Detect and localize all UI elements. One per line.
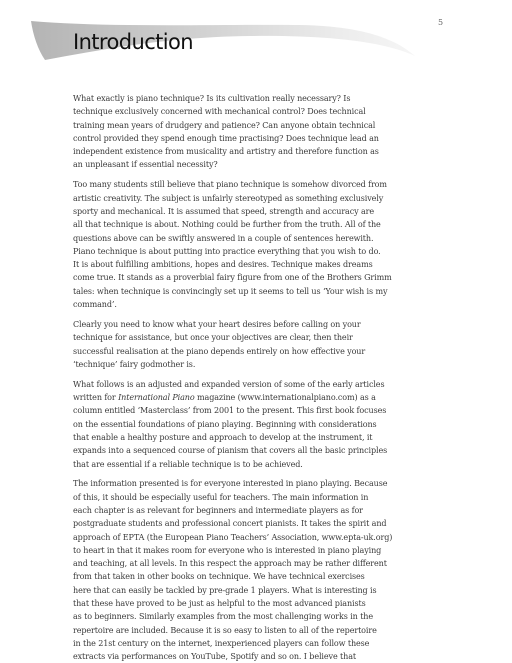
text-line: on the essential foundations of piano pl… — [73, 418, 399, 431]
text-line: Piano technique is about putting into pr… — [73, 245, 399, 258]
text-line: here that can easily be tackled by pre-g… — [73, 584, 399, 597]
text-line: written for International Piano magazine… — [73, 391, 399, 404]
body-text: What exactly is piano technique? Is its … — [73, 92, 399, 663]
text-line: an unpleasant if essential necessity? — [73, 158, 399, 171]
text-line: technique exclusively concerned with mec… — [73, 105, 399, 118]
text-line: from that taken in other books on techni… — [73, 570, 399, 583]
text-line: that these have proved to be just as hel… — [73, 597, 399, 610]
text-line: all that technique is about. Nothing cou… — [73, 218, 399, 231]
page-number: 5 — [438, 18, 443, 27]
text-line: in the 21st century on the internet, ine… — [73, 637, 399, 650]
text-line: approach of EPTA (the European Piano Tea… — [73, 531, 399, 544]
text-fragment: magazine (www.internationalpiano.com) as… — [195, 393, 376, 402]
text-line: expands into a sequenced course of piani… — [73, 444, 399, 457]
paragraph-2: Too many students still believe that pia… — [73, 178, 399, 311]
text-line: as to beginners. Similarly examples from… — [73, 610, 399, 623]
document-page: Introduction 5 What exactly is piano tec… — [0, 0, 512, 663]
text-line: training mean years of drudgery and pati… — [73, 119, 399, 132]
paragraph-5: The information presented is for everyon… — [73, 477, 399, 663]
text-line: that enable a healthy posture and approa… — [73, 431, 399, 444]
text-line: control provided they spend enough time … — [73, 132, 399, 145]
text-line: ‘technique’ fairy godmother is. — [73, 358, 399, 371]
paragraph-3: Clearly you need to know what your heart… — [73, 318, 399, 371]
text-line: tales: when technique is convincingly se… — [73, 285, 399, 298]
magazine-title: International Piano — [118, 393, 194, 402]
text-line: technique for assistance, but once your … — [73, 331, 399, 344]
text-line: Clearly you need to know what your heart… — [73, 318, 399, 331]
text-line: What exactly is piano technique? Is its … — [73, 92, 399, 105]
text-line: column entitled ‘Masterclass’ from 2001 … — [73, 404, 399, 417]
paragraph-4: What follows is an adjusted and expanded… — [73, 378, 399, 471]
page-title: Introduction — [73, 32, 193, 53]
text-line: successful realisation at the piano depe… — [73, 345, 399, 358]
text-line: postgraduate students and professional c… — [73, 517, 399, 530]
text-line: It is about fulfilling ambitions, hopes … — [73, 258, 399, 271]
text-line: come true. It stands as a proverbial fai… — [73, 271, 399, 284]
text-line: each chapter is as relevant for beginner… — [73, 504, 399, 517]
text-line: to heart in that it makes room for every… — [73, 544, 399, 557]
text-line: sporty and mechanical. It is assumed tha… — [73, 205, 399, 218]
text-line: and teaching, at all levels. In this res… — [73, 557, 399, 570]
text-line: Too many students still believe that pia… — [73, 178, 399, 191]
text-line: of this, it should be especially useful … — [73, 491, 399, 504]
text-line: repertoire are included. Because it is s… — [73, 624, 399, 637]
paragraph-1: What exactly is piano technique? Is its … — [73, 92, 399, 172]
text-line: command’. — [73, 298, 399, 311]
text-line: artistic creativity. The subject is unfa… — [73, 192, 399, 205]
text-line: What follows is an adjusted and expanded… — [73, 378, 399, 391]
text-line: questions above can be swiftly answered … — [73, 232, 399, 245]
text-line: independent existence from musicality an… — [73, 145, 399, 158]
text-line: that are essential if a reliable techniq… — [73, 458, 399, 471]
text-line: The information presented is for everyon… — [73, 477, 399, 490]
text-line: extracts via performances on YouTube, Sp… — [73, 650, 399, 663]
text-fragment: written for — [73, 393, 118, 402]
